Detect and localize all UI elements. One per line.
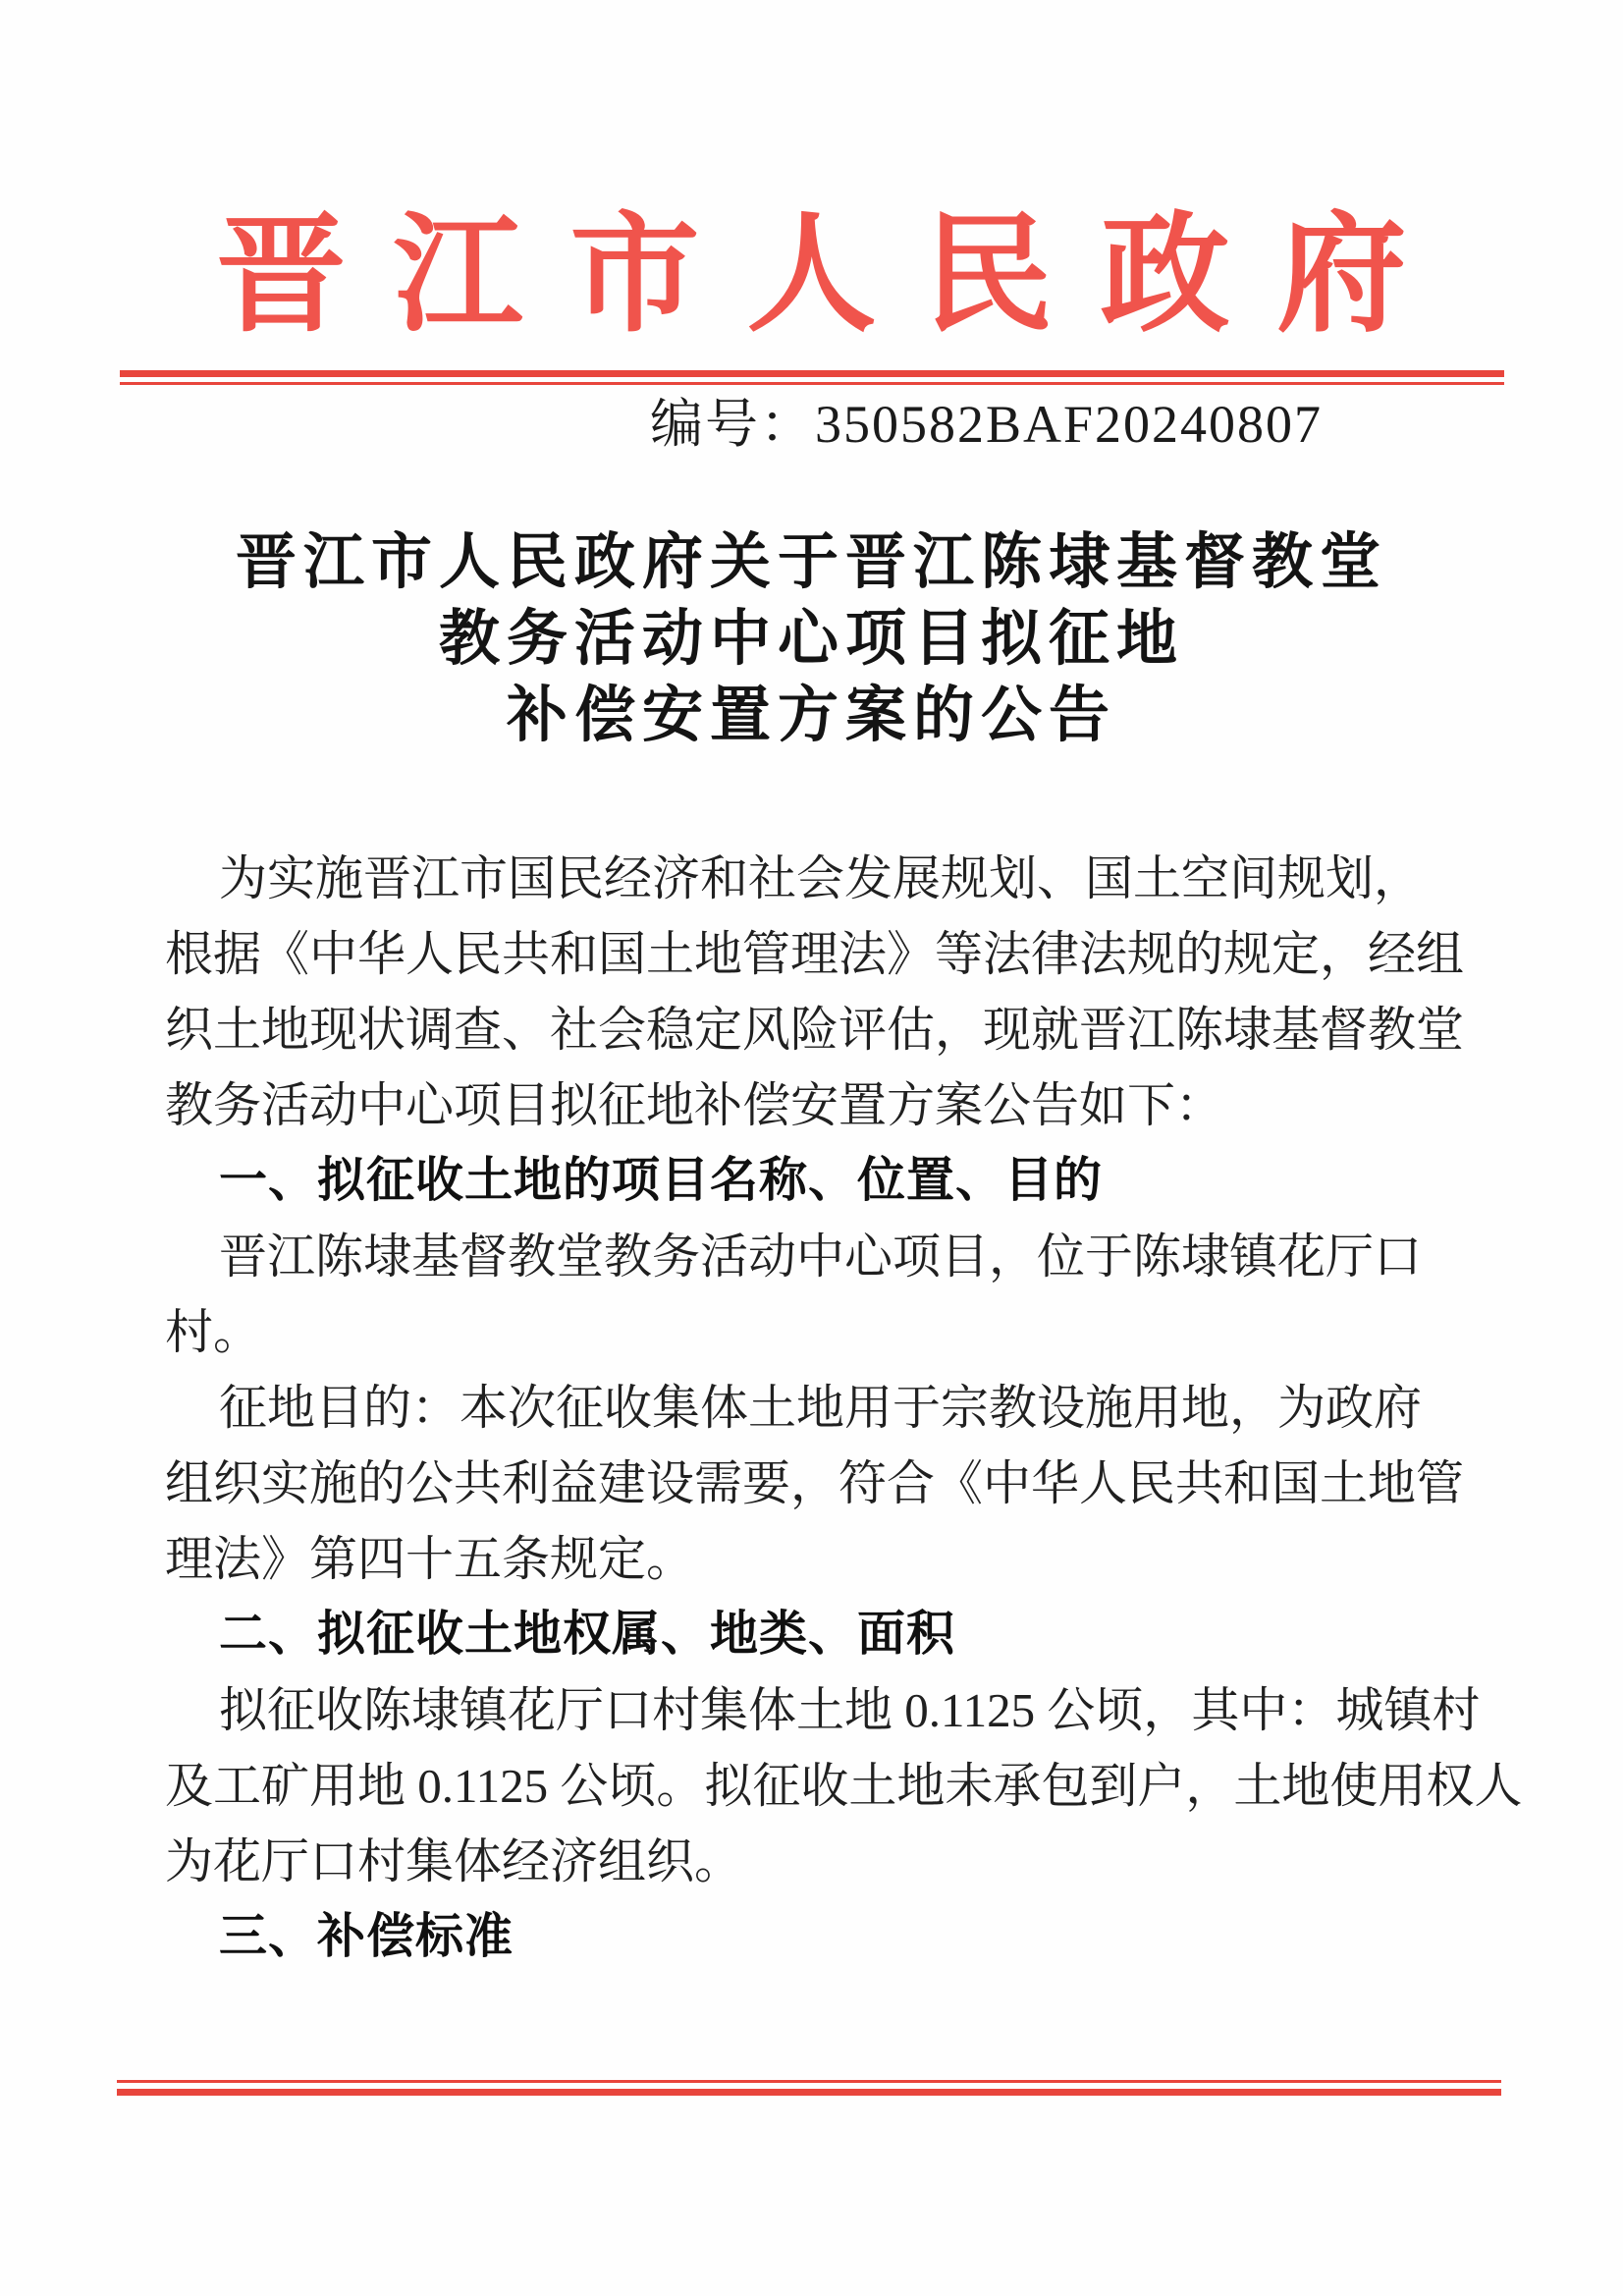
body-paragraph-line: 理法》第四十五条规定。 [165,1521,1490,1597]
document-number: 编号：350582BAF20240807 [650,393,1323,457]
section-heading-1: 一、拟征收土地的项目名称、位置、目的 [165,1143,1490,1219]
body-paragraph-line: 晋江陈埭基督教堂教务活动中心项目，位于陈埭镇花厅口 [165,1219,1490,1294]
header-separator-thick-line [120,370,1504,377]
body-paragraph-line: 织土地现状调查、社会稳定风险评估，现就晋江陈埭基督教堂 [165,992,1490,1067]
document-page: 晋江市人民政府 编号：350582BAF20240807 晋江市人民政府关于晋江… [0,0,1623,2296]
footer-separator-thick-line [117,2089,1501,2096]
footer-separator-thin-line [117,2080,1501,2083]
body-paragraph-line: 及工矿用地 0.1125 公顷。拟征收土地未承包到户，土地使用权人 [165,1748,1490,1824]
section-heading-3: 三、补偿标准 [165,1899,1490,1975]
body-paragraph-line: 为实施晋江市国民经济和社会发展规划、国土空间规划， [165,841,1490,916]
body-paragraph-line: 根据《中华人民共和国土地管理法》等法律法规的规定，经组 [165,916,1490,992]
notice-title-line: 补偿安置方案的公告 [0,678,1623,754]
body-paragraph-line: 为花厅口村集体经济组织。 [165,1824,1490,1899]
header-separator-thin-line [120,382,1504,385]
notice-title-line: 教务活动中心项目拟征地 [0,601,1623,678]
notice-title: 晋江市人民政府关于晋江陈埭基督教堂 教务活动中心项目拟征地 补偿安置方案的公告 [0,524,1623,754]
body-paragraph-line: 组织实施的公共利益建设需要，符合《中华人民共和国土地管 [165,1446,1490,1521]
section-heading-2: 二、拟征收土地权属、地类、面积 [165,1597,1490,1672]
body-paragraph-line: 教务活动中心项目拟征地补偿安置方案公告如下： [165,1067,1490,1143]
document-body: 为实施晋江市国民经济和社会发展规划、国土空间规划， 根据《中华人民共和国土地管理… [165,841,1490,1975]
body-paragraph-line: 征地目的：本次征收集体土地用于宗教设施用地，为政府 [165,1370,1490,1446]
body-paragraph-line: 村。 [165,1294,1490,1370]
gov-agency-header: 晋江市人民政府 [0,206,1623,347]
body-paragraph-line: 拟征收陈埭镇花厅口村集体土地 0.1125 公顷，其中：城镇村 [165,1672,1490,1748]
notice-title-line: 晋江市人民政府关于晋江陈埭基督教堂 [0,524,1623,601]
